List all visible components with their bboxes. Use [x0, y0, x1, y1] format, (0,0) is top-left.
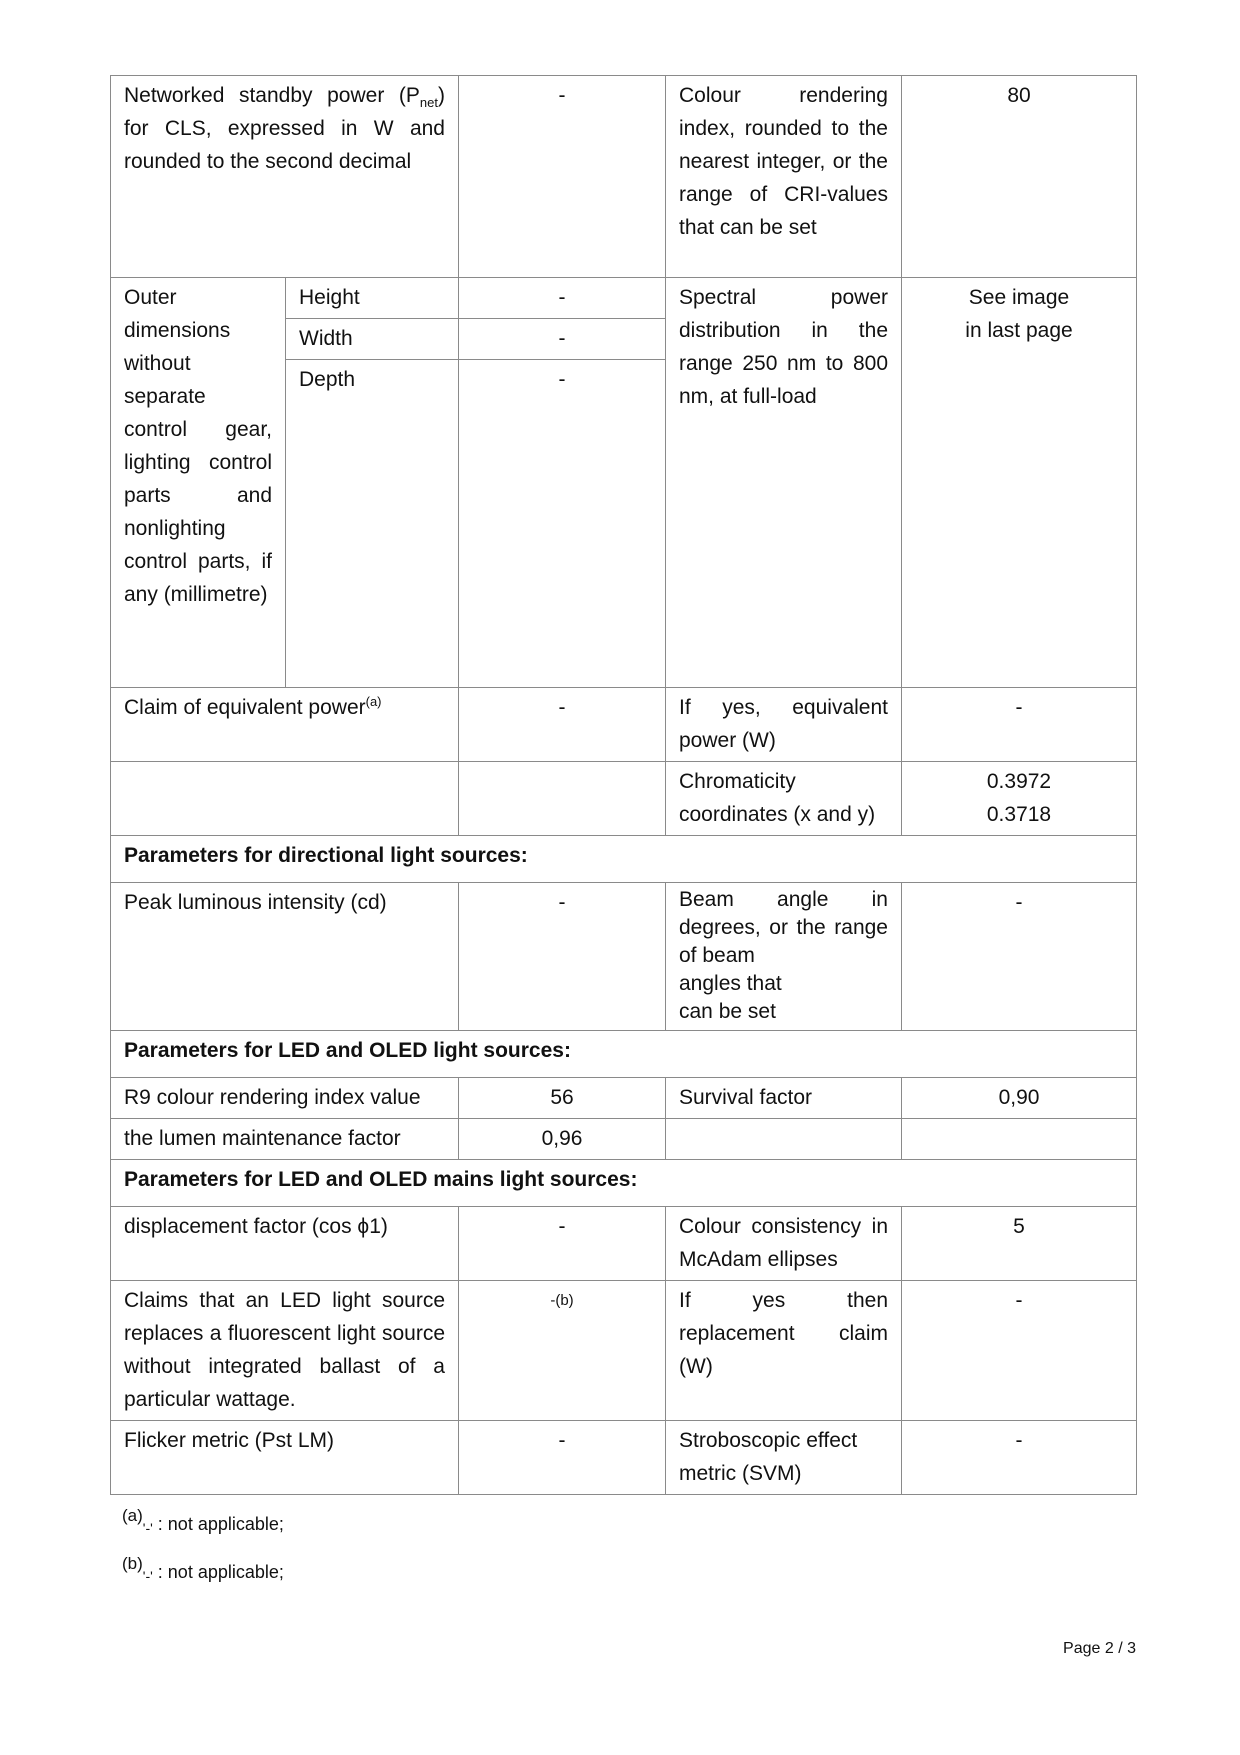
cri-label: Colour rendering index, rounded to the n… — [666, 76, 902, 278]
beam-angle-value: - — [902, 883, 1137, 1031]
empty-cell — [459, 762, 666, 836]
equivalent-power-claim-label: Claim of equivalent power(a) — [111, 688, 459, 762]
section-header-directional: Parameters for directional light sources… — [111, 836, 1137, 883]
equivalent-power-value: - — [902, 688, 1137, 762]
colour-consistency-label: Colour consistency in McAdam ellipses — [666, 1207, 902, 1281]
page-number: Page 2 / 3 — [1063, 1640, 1136, 1658]
stroboscopic-effect-value: - — [902, 1421, 1137, 1495]
footnote-b: (b)'-' : not applicable; — [122, 1560, 284, 1588]
section-header-led: Parameters for LED and OLED light source… — [111, 1031, 1137, 1078]
spectral-power-label: Spectral power distribution in the range… — [666, 278, 902, 688]
product-information-table: Networked standby power (Pnet) for CLS, … — [110, 75, 1137, 1495]
networked-standby-value: - — [459, 76, 666, 278]
section-header-mains: Parameters for LED and OLED mains light … — [111, 1160, 1137, 1207]
spectral-power-value: See imagein last page — [902, 278, 1137, 688]
width-value: - — [459, 319, 666, 360]
height-label: Height — [286, 278, 459, 319]
survival-factor-label: Survival factor — [666, 1078, 902, 1119]
table-row-r9: R9 colour rendering index value 56 Survi… — [111, 1078, 1137, 1119]
chromaticity-value: 0.39720.3718 — [902, 762, 1137, 836]
table-row-dimensions-height: Outer dimensions without separate contro… — [111, 278, 1137, 319]
footnotes: (a)'-' : not applicable; (b)'-' : not ap… — [122, 1512, 284, 1608]
empty-cell — [902, 1119, 1137, 1160]
equivalent-power-claim-value: - — [459, 688, 666, 762]
table-row-equivalent-power: Claim of equivalent power(a) - If yes, e… — [111, 688, 1137, 762]
table-row-lumen-maintenance: the lumen maintenance factor 0,96 — [111, 1119, 1137, 1160]
table-row-chromaticity: Chromaticity coordinates (x and y) 0.397… — [111, 762, 1137, 836]
empty-cell — [666, 1119, 902, 1160]
displacement-factor-label: displacement factor (cos ϕ1) — [111, 1207, 459, 1281]
chromaticity-label: Chromaticity coordinates (x and y) — [666, 762, 902, 836]
depth-value: - — [459, 360, 666, 688]
fluorescent-replacement-label: Claims that an LED light source replaces… — [111, 1281, 459, 1421]
fluorescent-replacement-value: -(b) — [459, 1281, 666, 1421]
stroboscopic-effect-label: Stroboscopic effect metric (SVM) — [666, 1421, 902, 1495]
flicker-metric-label: Flicker metric (Pst LM) — [111, 1421, 459, 1495]
r9-label: R9 colour rendering index value — [111, 1078, 459, 1119]
document-page: Networked standby power (Pnet) for CLS, … — [0, 0, 1240, 1755]
replacement-claim-label: If yes then replacement claim (W) — [666, 1281, 902, 1421]
peak-luminous-intensity-label: Peak luminous intensity (cd) — [111, 883, 459, 1031]
flicker-metric-value: - — [459, 1421, 666, 1495]
equivalent-power-label: If yes, equivalent power (W) — [666, 688, 902, 762]
outer-dimensions-label: Outer dimensions without separate contro… — [111, 278, 286, 688]
networked-standby-label: Networked standby power (Pnet) for CLS, … — [111, 76, 459, 278]
table-row-fluorescent-replacement: Claims that an LED light source replaces… — [111, 1281, 1137, 1421]
section-title-directional: Parameters for directional light sources… — [111, 836, 1137, 883]
colour-consistency-value: 5 — [902, 1207, 1137, 1281]
footnote-a: (a)'-' : not applicable; — [122, 1512, 284, 1540]
section-title-led: Parameters for LED and OLED light source… — [111, 1031, 1137, 1078]
table-row-networked-standby: Networked standby power (Pnet) for CLS, … — [111, 76, 1137, 278]
lumen-maintenance-label: the lumen maintenance factor — [111, 1119, 459, 1160]
r9-value: 56 — [459, 1078, 666, 1119]
depth-label: Depth — [286, 360, 459, 688]
beam-angle-label: Beam angle in degrees, or the range of b… — [666, 883, 902, 1031]
empty-cell — [111, 762, 459, 836]
table-row-peak-intensity: Peak luminous intensity (cd) - Beam angl… — [111, 883, 1137, 1031]
replacement-claim-value: - — [902, 1281, 1137, 1421]
table-row-displacement-factor: displacement factor (cos ϕ1) - Colour co… — [111, 1207, 1137, 1281]
lumen-maintenance-value: 0,96 — [459, 1119, 666, 1160]
survival-factor-value: 0,90 — [902, 1078, 1137, 1119]
cri-value: 80 — [902, 76, 1137, 278]
section-title-mains: Parameters for LED and OLED mains light … — [111, 1160, 1137, 1207]
displacement-factor-value: - — [459, 1207, 666, 1281]
width-label: Width — [286, 319, 459, 360]
table-row-flicker: Flicker metric (Pst LM) - Stroboscopic e… — [111, 1421, 1137, 1495]
height-value: - — [459, 278, 666, 319]
peak-luminous-intensity-value: - — [459, 883, 666, 1031]
